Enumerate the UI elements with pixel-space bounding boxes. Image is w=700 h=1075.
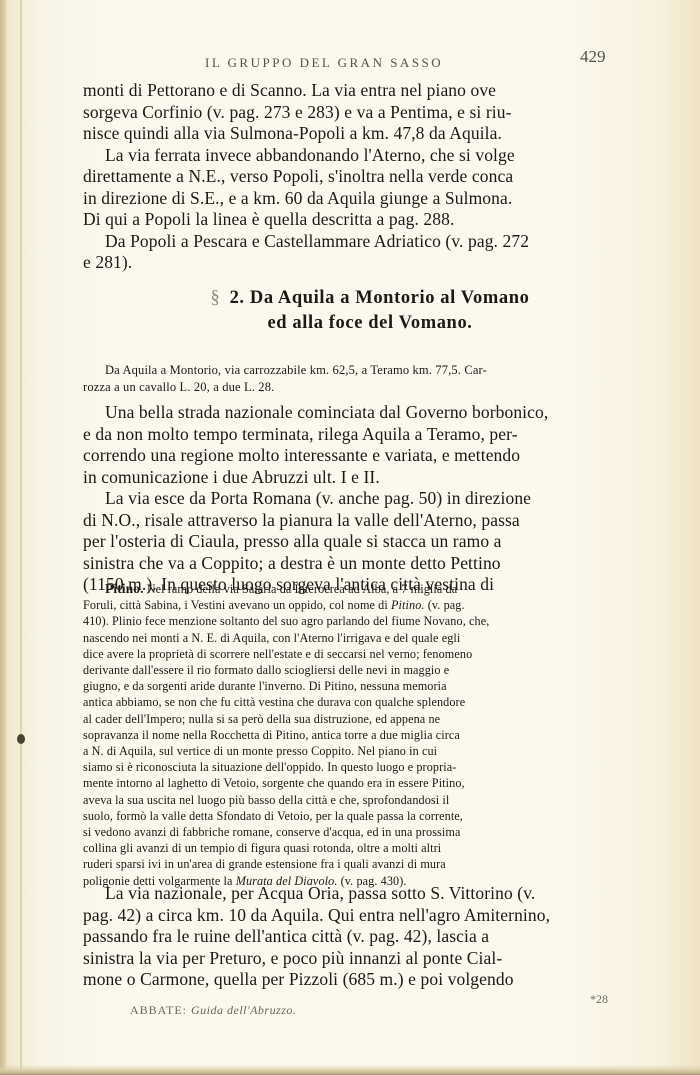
section-title-2: ed alla foce del Vomano. (120, 311, 620, 336)
text-line: per l'osteria di Ciaula, presso alla qua… (83, 531, 658, 553)
summary-line: rozza a un cavallo L. 20, a due L. 28. (83, 379, 658, 396)
note-line: Foruli, città Sabina, i Vestini avevano … (83, 597, 658, 613)
text-line: sinistra la via per Preturo, e poco più … (83, 948, 658, 970)
page-number: 429 (580, 47, 606, 67)
text-line: Una bella strada nazionale cominciata da… (83, 402, 658, 424)
text-line: sinistra che va a Coppito; a destra è un… (83, 553, 658, 575)
page-bottom-edge (0, 1065, 700, 1075)
note-line: giugno, e da sorgenti aride durante l'in… (83, 678, 658, 694)
route-summary: Da Aquila a Montorio, via carrozzabile k… (83, 362, 658, 395)
note-line: 410). Plinio fece menzione soltanto del … (83, 613, 658, 629)
note-line: a N. di Aquila, sul vertice di un monte … (83, 743, 658, 759)
note-line: Pitino. Nel ramo della via Salaria da In… (83, 581, 658, 597)
note-line: nascendo nei monti a N. E. di Aquila, co… (83, 630, 658, 646)
author-name: ABBATE: (130, 1003, 187, 1017)
text-line: e da non molto tempo terminata, rilega A… (83, 424, 658, 446)
note-line: mente intorno al laghetto di Vetoio, sor… (83, 775, 658, 791)
text-line: e 281). (83, 252, 658, 274)
text-line: in direzione di S.E., e a km. 60 da Aqui… (83, 188, 658, 210)
note-italic-term: Pitino. (391, 598, 425, 612)
text-line: nisce quindi alla via Sulmona-Popoli a k… (83, 123, 658, 145)
note-line: derivante dall'essere il rio formato dal… (83, 662, 658, 678)
text-line: Di qui a Popoli la linea è quella descri… (83, 209, 658, 231)
running-title: IL GRUPPO DEL GRAN SASSO (205, 55, 443, 71)
binding-hole (17, 734, 25, 744)
page-binding-edge (0, 0, 6, 1075)
book-title: Guida dell'Abruzzo. (191, 1003, 296, 1017)
note-line: ruderi sparsi ivi in un'area di grande e… (83, 856, 658, 872)
text-line: monti di Pettorano e di Scanno. La via e… (83, 80, 658, 102)
pitino-note: Pitino. Nel ramo della via Salaria da In… (83, 581, 658, 889)
text-line: direttamente a N.E., verso Popoli, s'ino… (83, 166, 658, 188)
signature-line: ABBATE: Guida dell'Abruzzo. (130, 1003, 296, 1018)
note-line: si vedono avanzi di fabbriche romane, co… (83, 824, 658, 840)
note-line: antica abbiamo, se non che fu città vest… (83, 694, 658, 710)
summary-line: Da Aquila a Montorio, via carrozzabile k… (83, 362, 658, 379)
text-line: sorgeva Corfinio (v. pag. 273 e 283) e v… (83, 102, 658, 124)
text-line: di N.O., risale attraverso la pianura la… (83, 510, 658, 532)
text-line: La via ferrata invece abbandonando l'Ate… (83, 145, 658, 167)
closing-text: La via nazionale, per Acqua Oria, passa … (83, 883, 658, 991)
text-line: in comunicazione i due Abruzzi ult. I e … (83, 467, 658, 489)
text-line: mone o Carmone, quella per Pizzoli (685 … (83, 969, 658, 991)
note-line: dice avere la proprietà di scorrere nell… (83, 646, 658, 662)
section-heading: § 2. Da Aquila a Montorio al Vomano ed a… (120, 286, 620, 336)
note-text: (v. pag. (425, 598, 465, 612)
section-heading-line-1: § 2. Da Aquila a Montorio al Vomano (120, 286, 620, 311)
intro-text: monti di Pettorano e di Scanno. La via e… (83, 80, 658, 274)
section-title-1: Da Aquila a Montorio al Vomano (250, 288, 530, 308)
section-symbol: § (210, 288, 220, 308)
note-line: collina gli avanzi di un tempio di figur… (83, 840, 658, 856)
note-line: al cader dell'Impero; nulla si sa però d… (83, 711, 658, 727)
note-text: Foruli, città Sabina, i Vestini avevano … (83, 598, 391, 612)
text-line: passando fra le ruine dell'antica città … (83, 926, 658, 948)
text-line: La via nazionale, per Acqua Oria, passa … (83, 883, 658, 905)
section-number: 2. (230, 288, 245, 308)
note-title: Pitino. (105, 581, 144, 596)
note-line: sopravanza il nome nella Rocchetta di Pi… (83, 727, 658, 743)
page-fold-shadow (20, 0, 22, 1075)
text-line: pag. 42) a circa km. 10 da Aquila. Qui e… (83, 905, 658, 927)
text-line: La via esce da Porta Romana (v. anche pa… (83, 488, 658, 510)
text-line: Da Popoli a Pescara e Castellammare Adri… (83, 231, 658, 253)
book-page: IL GRUPPO DEL GRAN SASSO 429 monti di Pe… (0, 0, 700, 1075)
note-line: siamo si è riconosciuta la situazione de… (83, 759, 658, 775)
signature-mark: *28 (590, 992, 608, 1007)
main-text: Una bella strada nazionale cominciata da… (83, 402, 658, 596)
note-text: Nel ramo della via Salaria da Interocrea… (144, 582, 458, 596)
note-line: aveva la sua uscita nel luogo più basso … (83, 792, 658, 808)
text-line: correndo una regione molto interessante … (83, 445, 658, 467)
note-line: suolo, formò la valle detta Sfondato di … (83, 808, 658, 824)
